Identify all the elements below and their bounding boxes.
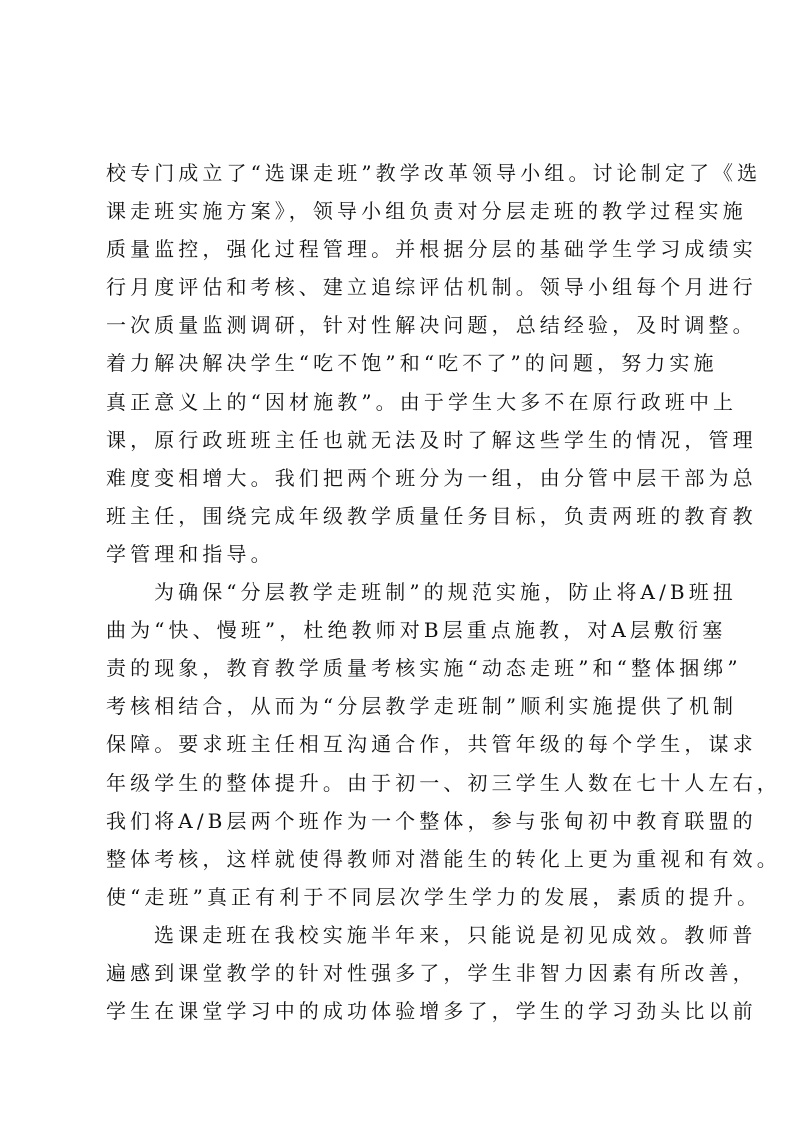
paragraph-3: 选课走班在我校实施半年来，只能说是初见成效。教师普 遍感到课堂教学的针对性强多了… — [106, 916, 688, 1030]
text-line: 年级学生的整体提升。由于初一、初三学生人数在七十人左右， — [106, 764, 688, 802]
text-line: 保障。要求班主任相互沟通合作，共管年级的每个学生，谋求 — [106, 725, 688, 763]
text-line: 选课走班在我校实施半年来，只能说是初见成效。教师普 — [106, 916, 688, 954]
text-line: 真正意义上的“因材施教”。由于学生大多不在原行政班中上 — [106, 383, 688, 421]
text-line: 考核相结合，从而为“分层教学走班制”顺利实施提供了机制 — [106, 687, 688, 725]
text-line: 遍感到课堂教学的针对性强多了，学生非智力因素有所改善， — [106, 954, 688, 992]
text-line: 使“走班”真正有利于不同层次学生学力的发展，素质的提升。 — [106, 878, 688, 916]
text-line: 班主任，围绕完成年级教学质量任务目标，负责两班的教育教 — [106, 497, 688, 535]
text-line: 校专门成立了“选课走班”教学改革领导小组。讨论制定了《选 — [106, 154, 688, 192]
text-line: 课走班实施方案》，领导小组负责对分层走班的教学过程实施 — [106, 192, 688, 230]
document-page: 校专门成立了“选课走班”教学改革领导小组。讨论制定了《选 课走班实施方案》，领导… — [106, 154, 688, 1030]
text-line: 为确保“分层教学走班制”的规范实施，防止将A/B班扭 — [106, 573, 688, 611]
text-line: 难度变相增大。我们把两个班分为一组，由分管中层干部为总 — [106, 459, 688, 497]
text-line: 我们将A/B层两个班作为一个整体，参与张甸初中教育联盟的 — [106, 802, 688, 840]
text-line: 行月度评估和考核、建立追综评估机制。领导小组每个月进行 — [106, 268, 688, 306]
paragraph-1: 校专门成立了“选课走班”教学改革领导小组。讨论制定了《选 课走班实施方案》，领导… — [106, 154, 688, 573]
text-line: 质量监控，强化过程管理。并根据分层的基础学生学习成绩实 — [106, 230, 688, 268]
paragraph-2: 为确保“分层教学走班制”的规范实施，防止将A/B班扭 曲为“快、慢班”，杜绝教师… — [106, 573, 688, 916]
text-line: 课，原行政班班主任也就无法及时了解这些学生的情况，管理 — [106, 421, 688, 459]
text-line: 责的现象，教育教学质量考核实施“动态走班”和“整体捆绑” — [106, 649, 688, 687]
text-line: 学管理和指导。 — [106, 535, 688, 573]
text-line: 整体考核，这样就使得教师对潜能生的转化上更为重视和有效。 — [106, 840, 688, 878]
text-line: 着力解决解决学生“吃不饱”和“吃不了”的问题，努力实施 — [106, 344, 688, 382]
text-line: 学生在课堂学习中的成功体验增多了，学生的学习劲头比以前 — [106, 992, 688, 1030]
text-line: 一次质量监测调研，针对性解决问题，总结经验，及时调整。 — [106, 306, 688, 344]
text-line: 曲为“快、慢班”，杜绝教师对B层重点施教，对A层敷衍塞 — [106, 611, 688, 649]
